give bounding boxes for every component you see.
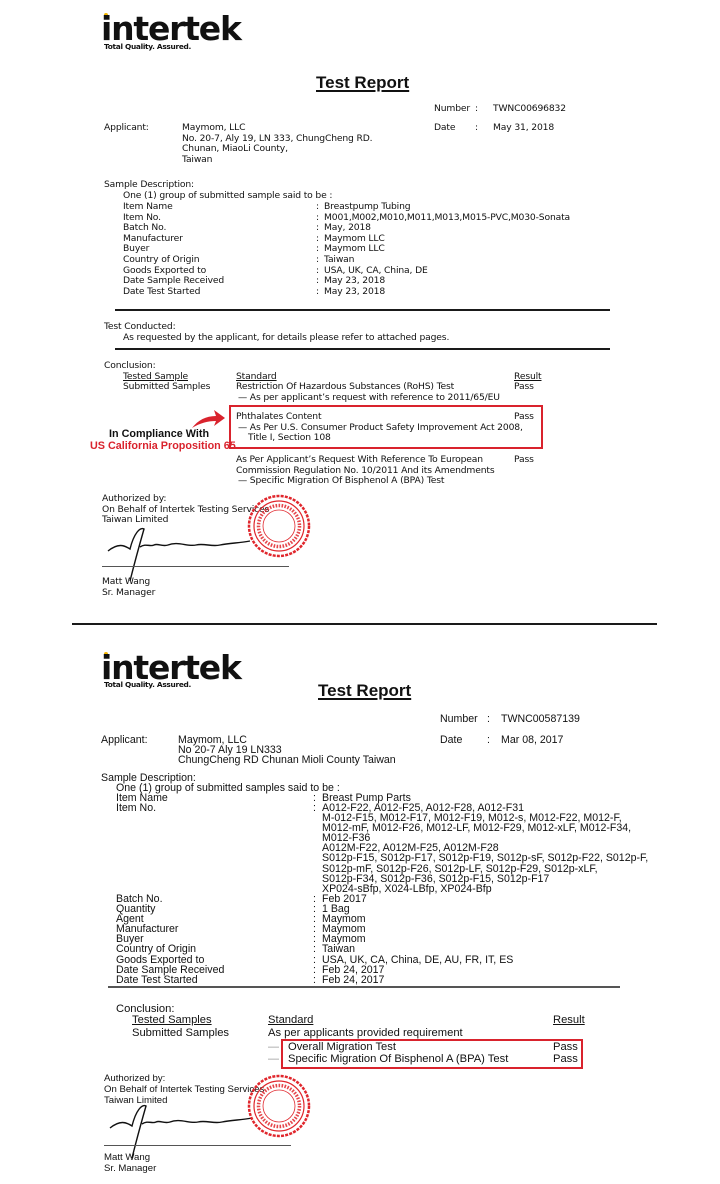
test-conducted-heading: Test Conducted: (104, 322, 176, 333)
applicant-line: Taiwan (182, 155, 372, 166)
report-date: May 31, 2018 (493, 123, 554, 134)
field-label: Date Test Started (116, 975, 224, 985)
standard-text: Phthalates Content (236, 412, 523, 423)
colon: : (313, 803, 316, 813)
sample-field-colons: : : : : : : : : : (313, 894, 316, 985)
standard-text: Title I, Section 108 (236, 433, 523, 444)
result-value: Pass (514, 412, 534, 423)
official-stamp-icon (247, 1074, 311, 1138)
signature-line (102, 566, 289, 567)
logo-tagline: Total Quality. Assured. (104, 680, 191, 689)
result-row-phthalates: Phthalates Content — As Per U.S. Consume… (236, 412, 523, 444)
colon: : (316, 202, 319, 213)
dash: — (268, 1042, 279, 1052)
test-conducted-text: As requested by the applicant, for detai… (123, 333, 449, 344)
field-label: Country of Origin (123, 255, 224, 266)
number-colon: : (487, 714, 490, 724)
tested-sample-value: Submitted Samples (123, 382, 210, 393)
result-value: Pass (514, 382, 534, 393)
item-number-line: XP024-sBfp, X024-LBfp, XP024-Bfp (322, 884, 648, 894)
col-tested-samples: Tested Samples (132, 1015, 212, 1025)
standard-text: Specific Migration Of Bisphenol A (BPA) … (288, 1054, 508, 1064)
signer-name: Matt Wang (104, 1153, 150, 1163)
standard-text: Overall Migration Test (288, 1042, 396, 1052)
field-value: Taiwan (324, 255, 570, 266)
field-value: Breastpump Tubing (324, 202, 570, 213)
standard-text: Restriction Of Hazardous Substances (RoH… (236, 382, 500, 393)
authorized-line: On Behalf of Intertek Testing Services (104, 1084, 264, 1095)
page-title: Test Report (316, 73, 409, 93)
official-stamp-icon (247, 494, 311, 558)
result-value: Pass (553, 1042, 578, 1052)
colon: : (316, 255, 319, 266)
result-value: Pass (514, 455, 534, 466)
date-label: Date (440, 735, 462, 745)
number-label: Number (434, 104, 470, 115)
page-divider (72, 623, 657, 625)
applicant-address: Maymom, LLC No. 20-7, Aly 19, LN 333, Ch… (182, 123, 372, 165)
col-result: Result (553, 1015, 585, 1025)
col-standard: Standard (268, 1015, 313, 1025)
tested-samples-value: Submitted Samples (132, 1028, 229, 1038)
colon: : (316, 287, 319, 298)
authorized-by: Authorized by: On Behalf of Intertek Tes… (102, 494, 269, 526)
standard-text: — Specific Migration Of Bisphenol A (BPA… (236, 476, 495, 487)
result-value: Pass (553, 1054, 578, 1064)
signature-line (104, 1145, 291, 1146)
date-label: Date (434, 123, 455, 134)
field-value: Maymom LLC (324, 244, 570, 255)
date-colon: : (487, 735, 490, 745)
applicant-address: Maymom, LLC No 20-7 Aly 19 LN333 ChungCh… (178, 735, 396, 765)
applicant-line: ChungCheng RD Chunan Mioli County Taiwan (178, 755, 396, 765)
number-colon: : (475, 104, 478, 115)
conclusion-heading: Conclusion: (116, 1004, 174, 1014)
result-row-bpa: As Per Applicant’s Request With Referenc… (236, 455, 495, 487)
date-colon: : (475, 123, 478, 134)
sample-field-values: Feb 2017 1 Bag Maymom Maymom Maymom Taiw… (322, 894, 513, 985)
item-number-line: M012-mF, M012-F26, M012-LF, M012-F29, M0… (322, 823, 648, 833)
field-label: Item Name (123, 202, 224, 213)
signer-name: Matt Wang (102, 577, 150, 588)
field-value: May 23, 2018 (324, 287, 570, 298)
divider (115, 348, 610, 350)
result-row-rohs: Restriction Of Hazardous Substances (RoH… (236, 382, 500, 403)
signer-title: Sr. Manager (104, 1164, 156, 1174)
compliance-annotation-line2: US California Proposition 65 (90, 440, 236, 452)
conclusion-heading: Conclusion: (104, 361, 156, 372)
standard-intro: As per applicants provided requirement (268, 1028, 463, 1038)
authorized-line: Authorized by: (104, 1073, 264, 1084)
report-date: Mar 08, 2017 (501, 735, 563, 745)
field-value: Feb 2017 (322, 894, 513, 904)
standard-text: As Per Applicant’s Request With Referenc… (236, 455, 495, 466)
sample-description-heading: Sample Description: (104, 180, 194, 191)
report-number: TWNC00587139 (501, 714, 580, 724)
sample-field-colons: : : : : : : : : : (316, 202, 319, 297)
number-label: Number (440, 714, 478, 724)
authorized-line: Authorized by: (102, 494, 269, 505)
sample-field-labels: Item Name Item No. Batch No. Manufacture… (123, 202, 224, 297)
divider (108, 986, 620, 988)
field-label: Item No. (116, 803, 156, 813)
item-number-list: A012-F22, A012-F25, A012-F28, A012-F31 M… (322, 803, 648, 894)
report-number: TWNC00696832 (493, 104, 566, 115)
compliance-annotation-line1: In Compliance With (109, 428, 209, 440)
applicant-label: Applicant: (104, 123, 149, 134)
sample-intro: One (1) group of submitted sample said t… (123, 191, 332, 202)
standard-text: — As per applicant’s request with refere… (236, 393, 500, 404)
page-title: Test Report (318, 681, 411, 701)
sample-field-values: Breastpump Tubing M001,M002,M010,M011,M0… (324, 202, 570, 297)
sample-field-labels: Batch No. Quantity Agent Manufacturer Bu… (116, 894, 224, 985)
field-label: Date Test Started (123, 287, 224, 298)
logo-tagline: Total Quality. Assured. (104, 42, 191, 51)
dash: — (268, 1054, 279, 1064)
divider (115, 309, 610, 311)
applicant-label: Applicant: (101, 735, 148, 745)
colon: : (313, 975, 316, 985)
field-value: Feb 24, 2017 (322, 975, 513, 985)
signer-title: Sr. Manager (102, 588, 155, 599)
applicant-line: Maymom, LLC (182, 123, 372, 134)
